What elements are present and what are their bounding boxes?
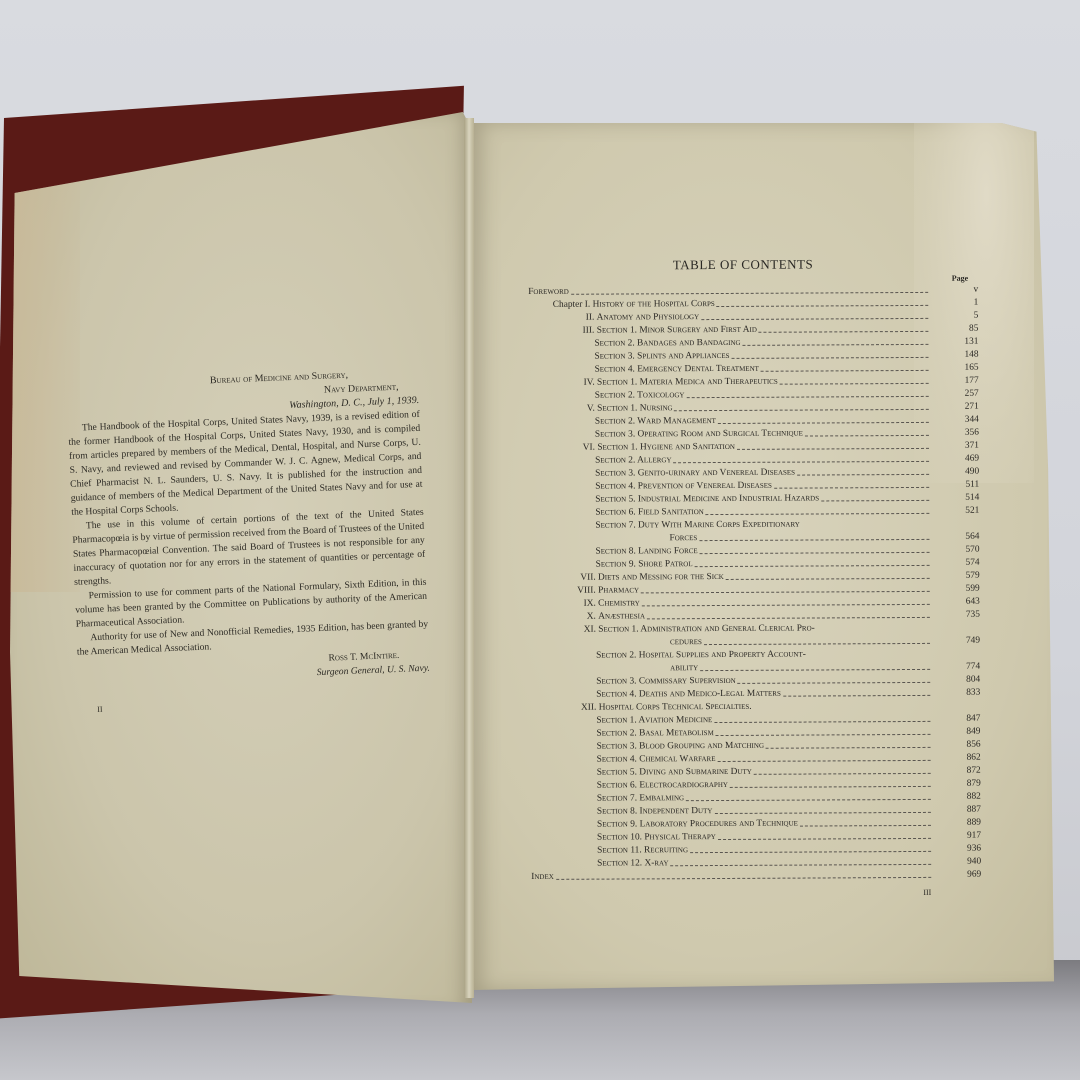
toc-entry-label: Chemistry	[598, 598, 640, 608]
toc-entry-label: Section 5. Industrial Medicine and Indus…	[595, 493, 819, 504]
toc-entry-label: Section 4. Prevention of Venereal Diseas…	[595, 481, 772, 492]
toc-entry-label: Section 6. Electrocardiography	[597, 780, 728, 791]
dot-leader	[805, 435, 929, 437]
toc-entry-page: 5	[938, 310, 978, 323]
toc-entry-label: Section 4. Emergency Dental Treatment	[595, 364, 759, 375]
toc-entry-label: Section 3. Blood Grouping and Matching	[597, 741, 764, 752]
toc-entry-label: Index	[531, 872, 554, 882]
toc-entry-label: Forces	[669, 533, 697, 543]
preface-paragraph: The Handbook of the Hospital Corps, Unit…	[68, 408, 424, 520]
toc-entry: Index969	[531, 869, 981, 884]
toc-entry-page: 936	[941, 843, 981, 856]
toc-entry-label: Section 2. Ward Management	[595, 416, 716, 427]
dot-leader	[687, 396, 929, 398]
toc-entry-page: 511	[939, 479, 979, 492]
dot-leader	[730, 786, 931, 788]
toc-entry-label: Section 7. Duty With Marine Corps Expedi…	[595, 520, 799, 531]
toc-entry-label: Section 2. Toxicology	[595, 390, 685, 400]
toc-entry-number	[530, 670, 670, 671]
dot-leader	[716, 305, 928, 307]
toc-entry-page: 882	[941, 791, 981, 804]
toc-entry-label: Section 6. Field Sanitation	[595, 507, 704, 518]
dot-leader	[718, 760, 931, 762]
dot-leader	[821, 500, 929, 502]
toc-entry-label: Section 8. Landing Force	[596, 546, 698, 557]
dot-leader	[642, 604, 930, 607]
toc-entry-page: v	[938, 284, 978, 297]
toc-entry-label: Section 3. Genito-urinary and Venereal D…	[595, 468, 795, 479]
toc-entry-page: 749	[940, 635, 980, 648]
dot-leader	[705, 513, 929, 515]
toc-entry-page: 643	[940, 596, 980, 609]
toc-entry-label: Pharmacy	[598, 585, 639, 595]
toc-entry-label: Section 10. Physical Therapy	[597, 832, 716, 843]
dot-leader	[718, 838, 931, 840]
toc-entry-number: IX.	[530, 598, 596, 611]
book-gutter	[464, 118, 474, 998]
toc-entry-label: Section 4. Deaths and Medico-Legal Matte…	[596, 689, 781, 700]
toc-entry-page: 735	[940, 609, 980, 622]
toc-entry-page: 774	[940, 661, 980, 674]
dot-leader	[718, 422, 929, 424]
toc-entry-page: 490	[939, 466, 979, 479]
dot-leader	[674, 409, 929, 411]
dot-leader	[783, 695, 930, 697]
toc-entry-label: Section 1. Administration and General Cl…	[598, 624, 815, 635]
toc-entry-page: 599	[940, 583, 980, 596]
toc-entry-page: 862	[941, 752, 981, 765]
toc-entry-label: Section 1. Aviation Medicine	[596, 715, 712, 726]
dot-leader	[761, 370, 929, 372]
toc-entry-number: XII.	[530, 702, 596, 715]
dot-leader	[737, 448, 929, 450]
toc-entry-page: 887	[941, 804, 981, 817]
dot-leader	[715, 812, 931, 814]
toc-entry-page: 969	[941, 869, 981, 882]
toc-entry-page: 356	[939, 427, 979, 440]
toc-entry-number: IV.	[529, 377, 595, 390]
toc-entry-page: 574	[940, 557, 980, 570]
toc-entry-number: XI.	[530, 624, 596, 637]
toc-entry-label: cedures	[670, 637, 702, 647]
dot-leader	[758, 331, 928, 333]
dot-leader	[737, 682, 930, 684]
toc-entry-label: Foreword	[528, 287, 569, 297]
dot-leader	[766, 747, 931, 749]
dot-leader	[704, 643, 930, 645]
dot-leader	[780, 383, 929, 385]
toc-entry-label: Section 2. Hospital Supplies and Propert…	[596, 650, 806, 661]
toc-entry-number: Chapter I.	[528, 299, 590, 312]
toc-entry-page: 917	[941, 830, 981, 843]
toc-entry-page: 856	[941, 739, 981, 752]
dot-leader	[774, 487, 929, 489]
toc-entry-page: 271	[939, 401, 979, 414]
toc-entry-label: Section 1. Minor Surgery and First Aid	[597, 325, 757, 336]
dot-leader	[641, 591, 930, 594]
toc-entry-number: VIII.	[530, 585, 596, 598]
toc-entry-label: Section 2. Bandages and Bandaging	[594, 338, 740, 349]
toc-entry-label: Section 2. Allergy	[595, 455, 672, 465]
toc-entry-label: Section 1. Materia Medica and Therapeuti…	[597, 377, 778, 388]
dot-leader	[695, 565, 930, 567]
toc-entry-label: Section 1. Hygiene and Sanitation	[597, 442, 735, 453]
dot-leader	[700, 669, 930, 671]
toc-entry-page: 85	[938, 323, 978, 336]
toc-entry-label: Section 11. Recruiting	[597, 845, 688, 855]
toc-entry-page: 804	[940, 674, 980, 687]
preface-block: Bureau of Medicine and Surgery, Navy Dep…	[66, 366, 431, 718]
toc-entry-label: Anatomy and Physiology	[597, 312, 700, 323]
dot-leader	[701, 318, 928, 320]
toc-entry-page: 833	[940, 687, 980, 700]
toc-entry-number: II.	[528, 312, 594, 325]
toc-entry-label: Section 12. X-ray	[597, 858, 668, 868]
toc-entry-number	[530, 644, 670, 645]
toc-entry-label: Diets and Messing for the Sick	[598, 572, 724, 583]
dot-leader	[673, 461, 929, 463]
dot-leader	[700, 552, 930, 554]
toc-entry-page: 165	[939, 362, 979, 375]
dot-leader	[714, 721, 930, 723]
toc-entry-label: Section 8. Independent Duty	[597, 806, 713, 817]
dot-leader	[800, 825, 931, 827]
toc-entry-page: 872	[941, 765, 981, 778]
toc-entry-label: Section 4. Chemical Warfare	[597, 754, 716, 765]
toc-entry-page: 177	[939, 375, 979, 388]
dot-leader	[726, 578, 930, 580]
toc-entry-page: 371	[939, 440, 979, 453]
toc-entry-page: 521	[939, 505, 979, 518]
toc-entry-label: Section 5. Diving and Submarine Duty	[597, 767, 752, 778]
dot-leader	[732, 357, 929, 359]
dot-leader	[716, 734, 931, 736]
toc-entry-number: VII.	[530, 572, 596, 585]
toc-entry-label: Anæsthesia	[598, 611, 645, 621]
dot-leader	[797, 474, 929, 476]
toc-entry-page: 257	[939, 388, 979, 401]
toc-entry-page: 889	[941, 817, 981, 830]
toc-entry-page: 344	[939, 414, 979, 427]
toc-entry-page: 579	[940, 570, 980, 583]
toc-entry-page: 564	[939, 531, 979, 544]
toc-entry-page: 847	[940, 713, 980, 726]
toc-entry-label: Hospital Corps Technical Specialties.	[599, 702, 752, 713]
dot-leader	[670, 864, 931, 866]
table-of-contents: TABLE OF CONTENTS Page ForewordvChapter …	[528, 256, 981, 899]
toc-entry-label: History of the Hospital Corps	[593, 299, 715, 310]
toc-entry-label: Section 3. Commissary Supervision	[596, 676, 736, 687]
dot-leader	[556, 877, 931, 880]
toc-entry-page: 131	[938, 336, 978, 349]
toc-entry-number	[529, 540, 669, 541]
toc-entry-page: 940	[941, 856, 981, 869]
dot-leader	[690, 851, 931, 853]
dot-leader	[571, 292, 928, 295]
toc-entry-number: VI.	[529, 442, 595, 455]
dot-leader	[699, 539, 929, 541]
toc-entry-page: 148	[938, 349, 978, 362]
toc-entries: ForewordvChapter I. History of the Hospi…	[528, 284, 981, 884]
toc-entry-label: Section 9. Shore Patrol	[596, 559, 693, 570]
toc-entry-page: 879	[941, 778, 981, 791]
toc-entry-page: 1	[938, 297, 978, 310]
toc-entry-page: 570	[940, 544, 980, 557]
toc-entry-page: 469	[939, 453, 979, 466]
toc-entry-label: Section 9. Laboratory Procedures and Tec…	[597, 819, 798, 830]
toc-entry-page: 849	[940, 726, 980, 739]
toc-entry-number: X.	[530, 611, 596, 624]
toc-title: TABLE OF CONTENTS	[528, 256, 978, 274]
toc-entry-label: Section 3. Splints and Appliances	[594, 351, 729, 362]
dot-leader	[742, 344, 928, 346]
toc-entry-label: Section 7. Embalming	[597, 793, 684, 803]
toc-entry-label: Section 1. Nursing	[597, 403, 672, 413]
dot-leader	[647, 617, 930, 619]
toc-entry-label: ability	[670, 663, 698, 673]
toc-entry-label: Section 2. Basal Metabolism	[596, 728, 713, 739]
toc-entry-number: III.	[528, 325, 594, 338]
toc-entry-number: V.	[529, 403, 595, 416]
dot-leader	[686, 799, 931, 801]
toc-entry-page: 514	[939, 492, 979, 505]
toc-entry-label: Section 3. Operating Room and Surgical T…	[595, 429, 803, 440]
dot-leader	[754, 773, 931, 775]
